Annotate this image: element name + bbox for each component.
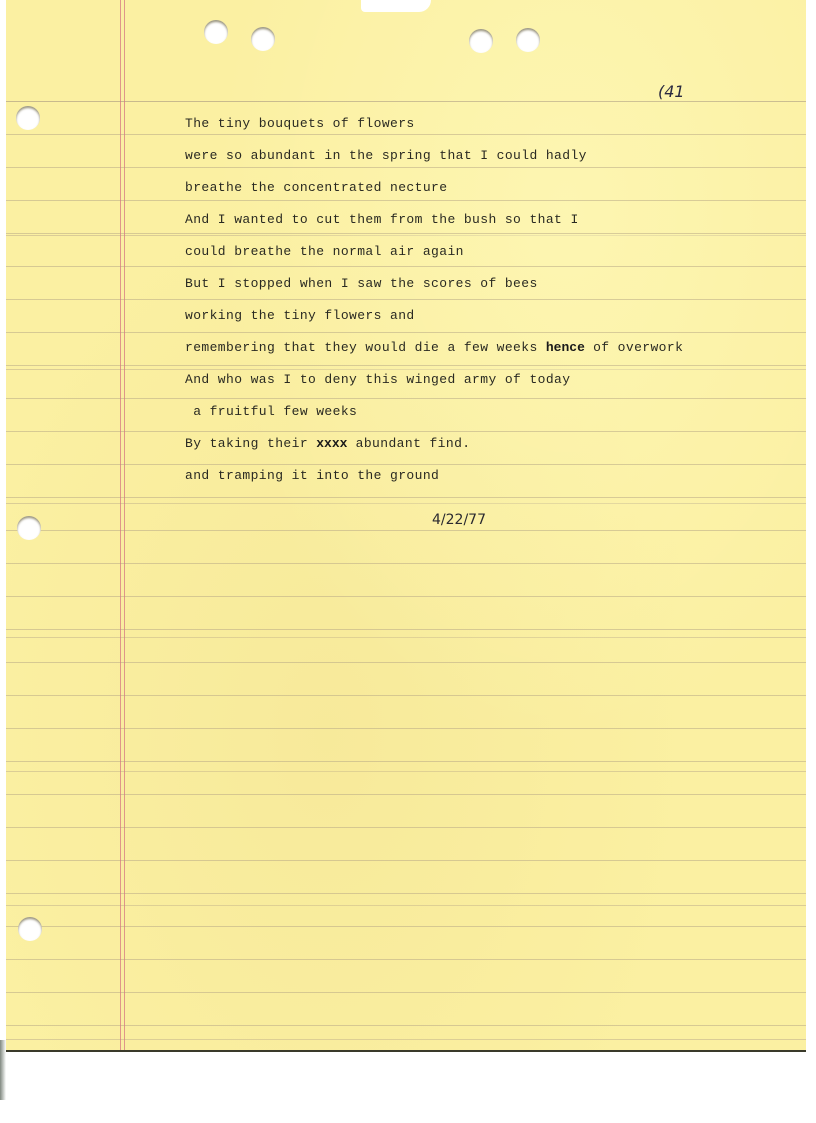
poem-line-3: breathe the concentrated necture xyxy=(185,180,447,195)
punch-hole-top-3 xyxy=(469,29,493,53)
margin-line-left xyxy=(120,0,121,1050)
handwritten-date: 4/22/77 xyxy=(432,512,486,528)
poem-line-8: remembering that they would die a few we… xyxy=(185,340,683,355)
struck-word: hence xyxy=(546,340,585,355)
poem-line-7: working the tiny flowers and xyxy=(185,308,415,323)
poem-line-4: And I wanted to cut them from the bush s… xyxy=(185,212,579,227)
page-number: (41 xyxy=(658,82,685,101)
margin-line-right xyxy=(124,0,125,1050)
struck-xxxx: xxxx xyxy=(316,436,347,451)
line11-after: abundant find. xyxy=(347,436,470,451)
punch-hole-left-1 xyxy=(16,106,40,130)
poem-line-9: And who was I to deny this winged army o… xyxy=(185,372,570,387)
line11-before: By taking their xyxy=(185,436,316,451)
punch-hole-top-1 xyxy=(204,20,228,44)
poem-line-10: a fruitful few weeks xyxy=(185,404,357,419)
punch-hole-left-2 xyxy=(17,516,41,540)
poem-line-2: were so abundant in the spring that I co… xyxy=(185,148,587,163)
poem-line-5: could breathe the normal air again xyxy=(185,244,464,259)
scan-edge-shadow xyxy=(0,1040,6,1100)
torn-edge xyxy=(361,0,431,12)
punch-hole-left-3 xyxy=(18,917,42,941)
poem-line-12: and tramping it into the ground xyxy=(185,468,439,483)
poem-line-1: The tiny bouquets of flowers xyxy=(185,116,415,131)
punch-hole-top-2 xyxy=(251,27,275,51)
poem-line-11: By taking their xxxx abundant find. xyxy=(185,436,470,451)
punch-hole-top-4 xyxy=(516,28,540,52)
poem-line-6: But I stopped when I saw the scores of b… xyxy=(185,276,538,291)
line8-before: remembering that they would die a few we… xyxy=(185,340,546,355)
line8-after: of overwork xyxy=(585,340,683,355)
